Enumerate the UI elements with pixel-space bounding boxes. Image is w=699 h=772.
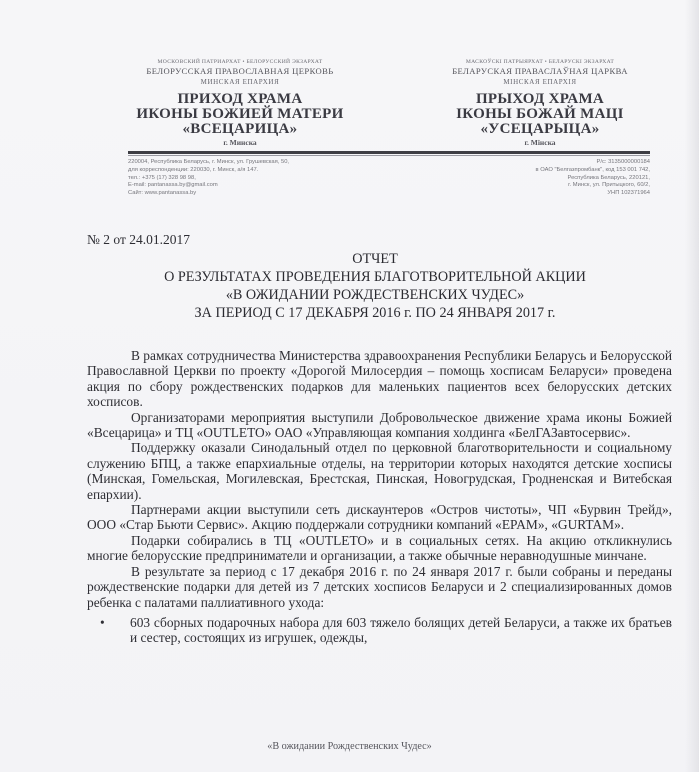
paragraph: Подарки собирались в ТЦ «OUTLETO» и в со…	[87, 533, 672, 564]
parish-name-line: «ВСЕЦАРИЦА»	[120, 122, 360, 137]
scanned-document-page: МОСКОВСКИЙ ПАТРИАРХАТ • БЕЛОРУССКИЙ ЭКЗА…	[0, 0, 699, 772]
bank-line: Республика Беларусь, 220121,	[536, 175, 650, 183]
patriarchate-line: МАСКОЎСКІ ПАТРЫЯРХАТ • БЕЛАРУСКІ ЭКЗАРХА…	[420, 58, 660, 66]
parish-city: г. Минска	[120, 137, 360, 149]
list-item: • 603 сборных подарочных набора для 603 …	[130, 615, 672, 646]
title-line: ОТЧЕТ	[80, 250, 670, 268]
contact-line: 220004, Республика Беларусь, г. Минск, у…	[128, 159, 289, 167]
letterhead-right-belarusian: МАСКОЎСКІ ПАТРЫЯРХАТ • БЕЛАРУСКІ ЭКЗАРХА…	[420, 58, 660, 149]
parish-city: г. Мінска	[420, 137, 660, 149]
diocese-name: МІНСКАЯ ЕПАРХІЯ	[420, 77, 660, 87]
parish-name-line: ІКОНЫ БОЖАЙ МАЦІ	[420, 107, 660, 122]
paragraph: В рамках сотрудничества Министерства здр…	[87, 348, 672, 410]
contact-website: Сайт: www.pantanassa.by	[128, 190, 289, 198]
bank-line: УНП 102371964	[536, 190, 650, 198]
parish-name-line: «УСЕЦАРЫЦА»	[420, 122, 660, 137]
contact-details: 220004, Республика Беларусь, г. Минск, у…	[128, 159, 289, 198]
results-list: • 603 сборных подарочных набора для 603 …	[87, 615, 672, 646]
document-title: ОТЧЕТ О РЕЗУЛЬТАТАХ ПРОВЕДЕНИЯ БЛАГОТВОР…	[80, 250, 670, 322]
letterhead-left-russian: МОСКОВСКИЙ ПАТРИАРХАТ • БЕЛОРУССКИЙ ЭКЗА…	[120, 58, 360, 149]
bank-details: Р/с: 3135000000184 в ОАО "Белгазпромбанк…	[536, 159, 650, 198]
document-number: № 2 от 24.01.2017	[87, 232, 190, 248]
parish-name-line: ПРЫХОД ХРАМА	[420, 92, 660, 107]
bank-line: г. Минск, ул. Притыцкого, 60/2,	[536, 182, 650, 190]
parish-name-line: ИКОНЫ БОЖИЕЙ МАТЕРИ	[120, 107, 360, 122]
paragraph: Поддержку оказали Синодальный отдел по ц…	[87, 440, 672, 502]
title-line: ЗА ПЕРИОД С 17 ДЕКАБРЯ 2016 г. ПО 24 ЯНВ…	[80, 304, 670, 322]
list-item-text: 603 сборных подарочных набора для 603 тя…	[130, 615, 672, 645]
church-name: БЕЛАРУСКАЯ ПРАВАСЛАЎНАЯ ЦАРКВА	[420, 66, 660, 77]
contact-line: для корреспонденции: 220030, г. Минск, а…	[128, 167, 289, 175]
parish-name-line: ПРИХОД ХРАМА	[120, 92, 360, 107]
letterhead-divider	[128, 151, 650, 154]
title-line: О РЕЗУЛЬТАТАХ ПРОВЕДЕНИЯ БЛАГОТВОРИТЕЛЬН…	[80, 268, 670, 286]
paragraph: Организаторами мероприятия выступили Доб…	[87, 410, 672, 441]
paragraph: Партнерами акции выступили сеть дискаунт…	[87, 502, 672, 533]
bank-line: Р/с: 3135000000184	[536, 159, 650, 167]
bank-line: в ОАО "Белгазпромбанк", код 153 001 742,	[536, 167, 650, 175]
scan-edge-shadow	[685, 0, 699, 772]
paragraph: В результате за период с 17 декабря 2016…	[87, 564, 672, 610]
title-line: «В ОЖИДАНИИ РОЖДЕСТВЕНСКИХ ЧУДЕС»	[80, 286, 670, 304]
bullet-icon: •	[100, 615, 105, 630]
patriarchate-line: МОСКОВСКИЙ ПАТРИАРХАТ • БЕЛОРУССКИЙ ЭКЗА…	[120, 58, 360, 66]
document-body: В рамках сотрудничества Министерства здр…	[87, 348, 672, 646]
contact-line: тел.: +375 (17) 328 98 98,	[128, 175, 289, 183]
church-name: БЕЛОРУССКАЯ ПРАВОСЛАВНАЯ ЦЕРКОВЬ	[120, 66, 360, 77]
page-footer: «В ожидании Рождественских Чудес»	[0, 741, 699, 752]
letterhead-divider-thin	[128, 155, 650, 156]
diocese-name: МИНСКАЯ ЕПАРХИЯ	[120, 77, 360, 87]
